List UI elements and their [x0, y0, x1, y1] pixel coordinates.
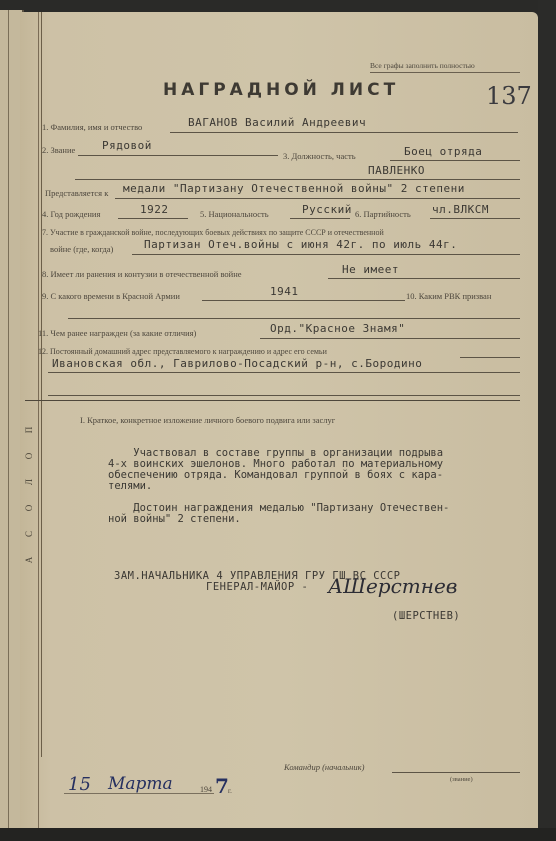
address-value: Ивановская обл., Гаврилово-Посадский р-н… [52, 357, 422, 370]
war-participation-value: Партизан Отеч.войны с июня 42г. по июль … [144, 238, 457, 251]
army-since-value: 1941 [270, 285, 299, 298]
rank-label: 2. Звание [42, 145, 75, 155]
date-year-prefix: 194 [200, 785, 212, 794]
wounds-label: 8. Имеет ли ранения и контузии в отечест… [42, 269, 242, 279]
birth-year-value: 1922 [140, 203, 169, 216]
rank-caption: (звание) [450, 776, 473, 783]
nationality-value: Русский [302, 203, 352, 216]
fill-instruction: Все графы заполнить полностью [370, 61, 475, 70]
signature: АШерстнев [328, 574, 457, 598]
date-year-digit: 7 [215, 774, 229, 798]
presented-value: медали "Партизану Отечественной войны" 2… [123, 182, 465, 195]
war-participation-label-cont: войне (где, когда) [50, 244, 113, 254]
scanner-background-bottom [0, 828, 556, 841]
scanner-background-right [538, 0, 556, 841]
commander-label: Командир (начальник) [284, 762, 364, 772]
signatory-rank: ГЕНЕРАЛ-МАЙОР - [206, 581, 308, 593]
section-heading: I. Краткое, конкретное изложение личного… [80, 415, 335, 425]
previous-awards-label: 11. Чем ранее награжден (за какие отличи… [38, 328, 196, 338]
address-label: 12. Постоянный домашний адрес представля… [38, 347, 327, 356]
presented-label: Представляется к [45, 188, 108, 198]
party-label: 6. Партийность [355, 209, 411, 219]
name-value: ВАГАНОВ Василий Андреевич [188, 116, 366, 129]
award-sheet: П О Л О С А Все графы заполнить полность… [20, 12, 538, 830]
name-label: 1. Фамилия, имя и отчество [42, 122, 142, 132]
party-value: чл.ВЛКСМ [432, 203, 489, 216]
date-day: 15 [68, 774, 91, 795]
margin-cut-text: П О Л О С А [23, 417, 35, 573]
position-value: Боец отряда [404, 145, 482, 158]
army-since-label: 9. С какого времени в Красной Армии [42, 291, 180, 301]
page-title: НАГРАДНОЙ ЛИСТ [163, 80, 399, 100]
rank-value: Рядовой [102, 139, 152, 152]
feat-description: Участвовал в составе группы в организаци… [108, 448, 443, 492]
draft-office-label: 10. Каким РВК призван [406, 291, 491, 301]
war-participation-label: 7. Участие в гражданской войне, последую… [42, 228, 384, 237]
birth-year-label: 4. Год рождения [42, 209, 100, 219]
position-label: 3. Должность, часть [283, 151, 356, 161]
date-year-suffix: г. [228, 787, 232, 795]
nationality-label: 5. Национальность [200, 209, 269, 219]
previous-awards-value: Орд."Красное Знамя" [270, 322, 405, 335]
page-number: 137 [486, 82, 532, 110]
wounds-value: Не имеет [342, 263, 399, 276]
date-month: Марта [108, 774, 173, 794]
award-recommendation: Достоин награждения медалью "Партизану О… [108, 503, 449, 525]
position-value-cont: ПАВЛЕНКО [368, 164, 425, 177]
signatory-name: (ШЕРСТНЕВ) [392, 610, 460, 622]
